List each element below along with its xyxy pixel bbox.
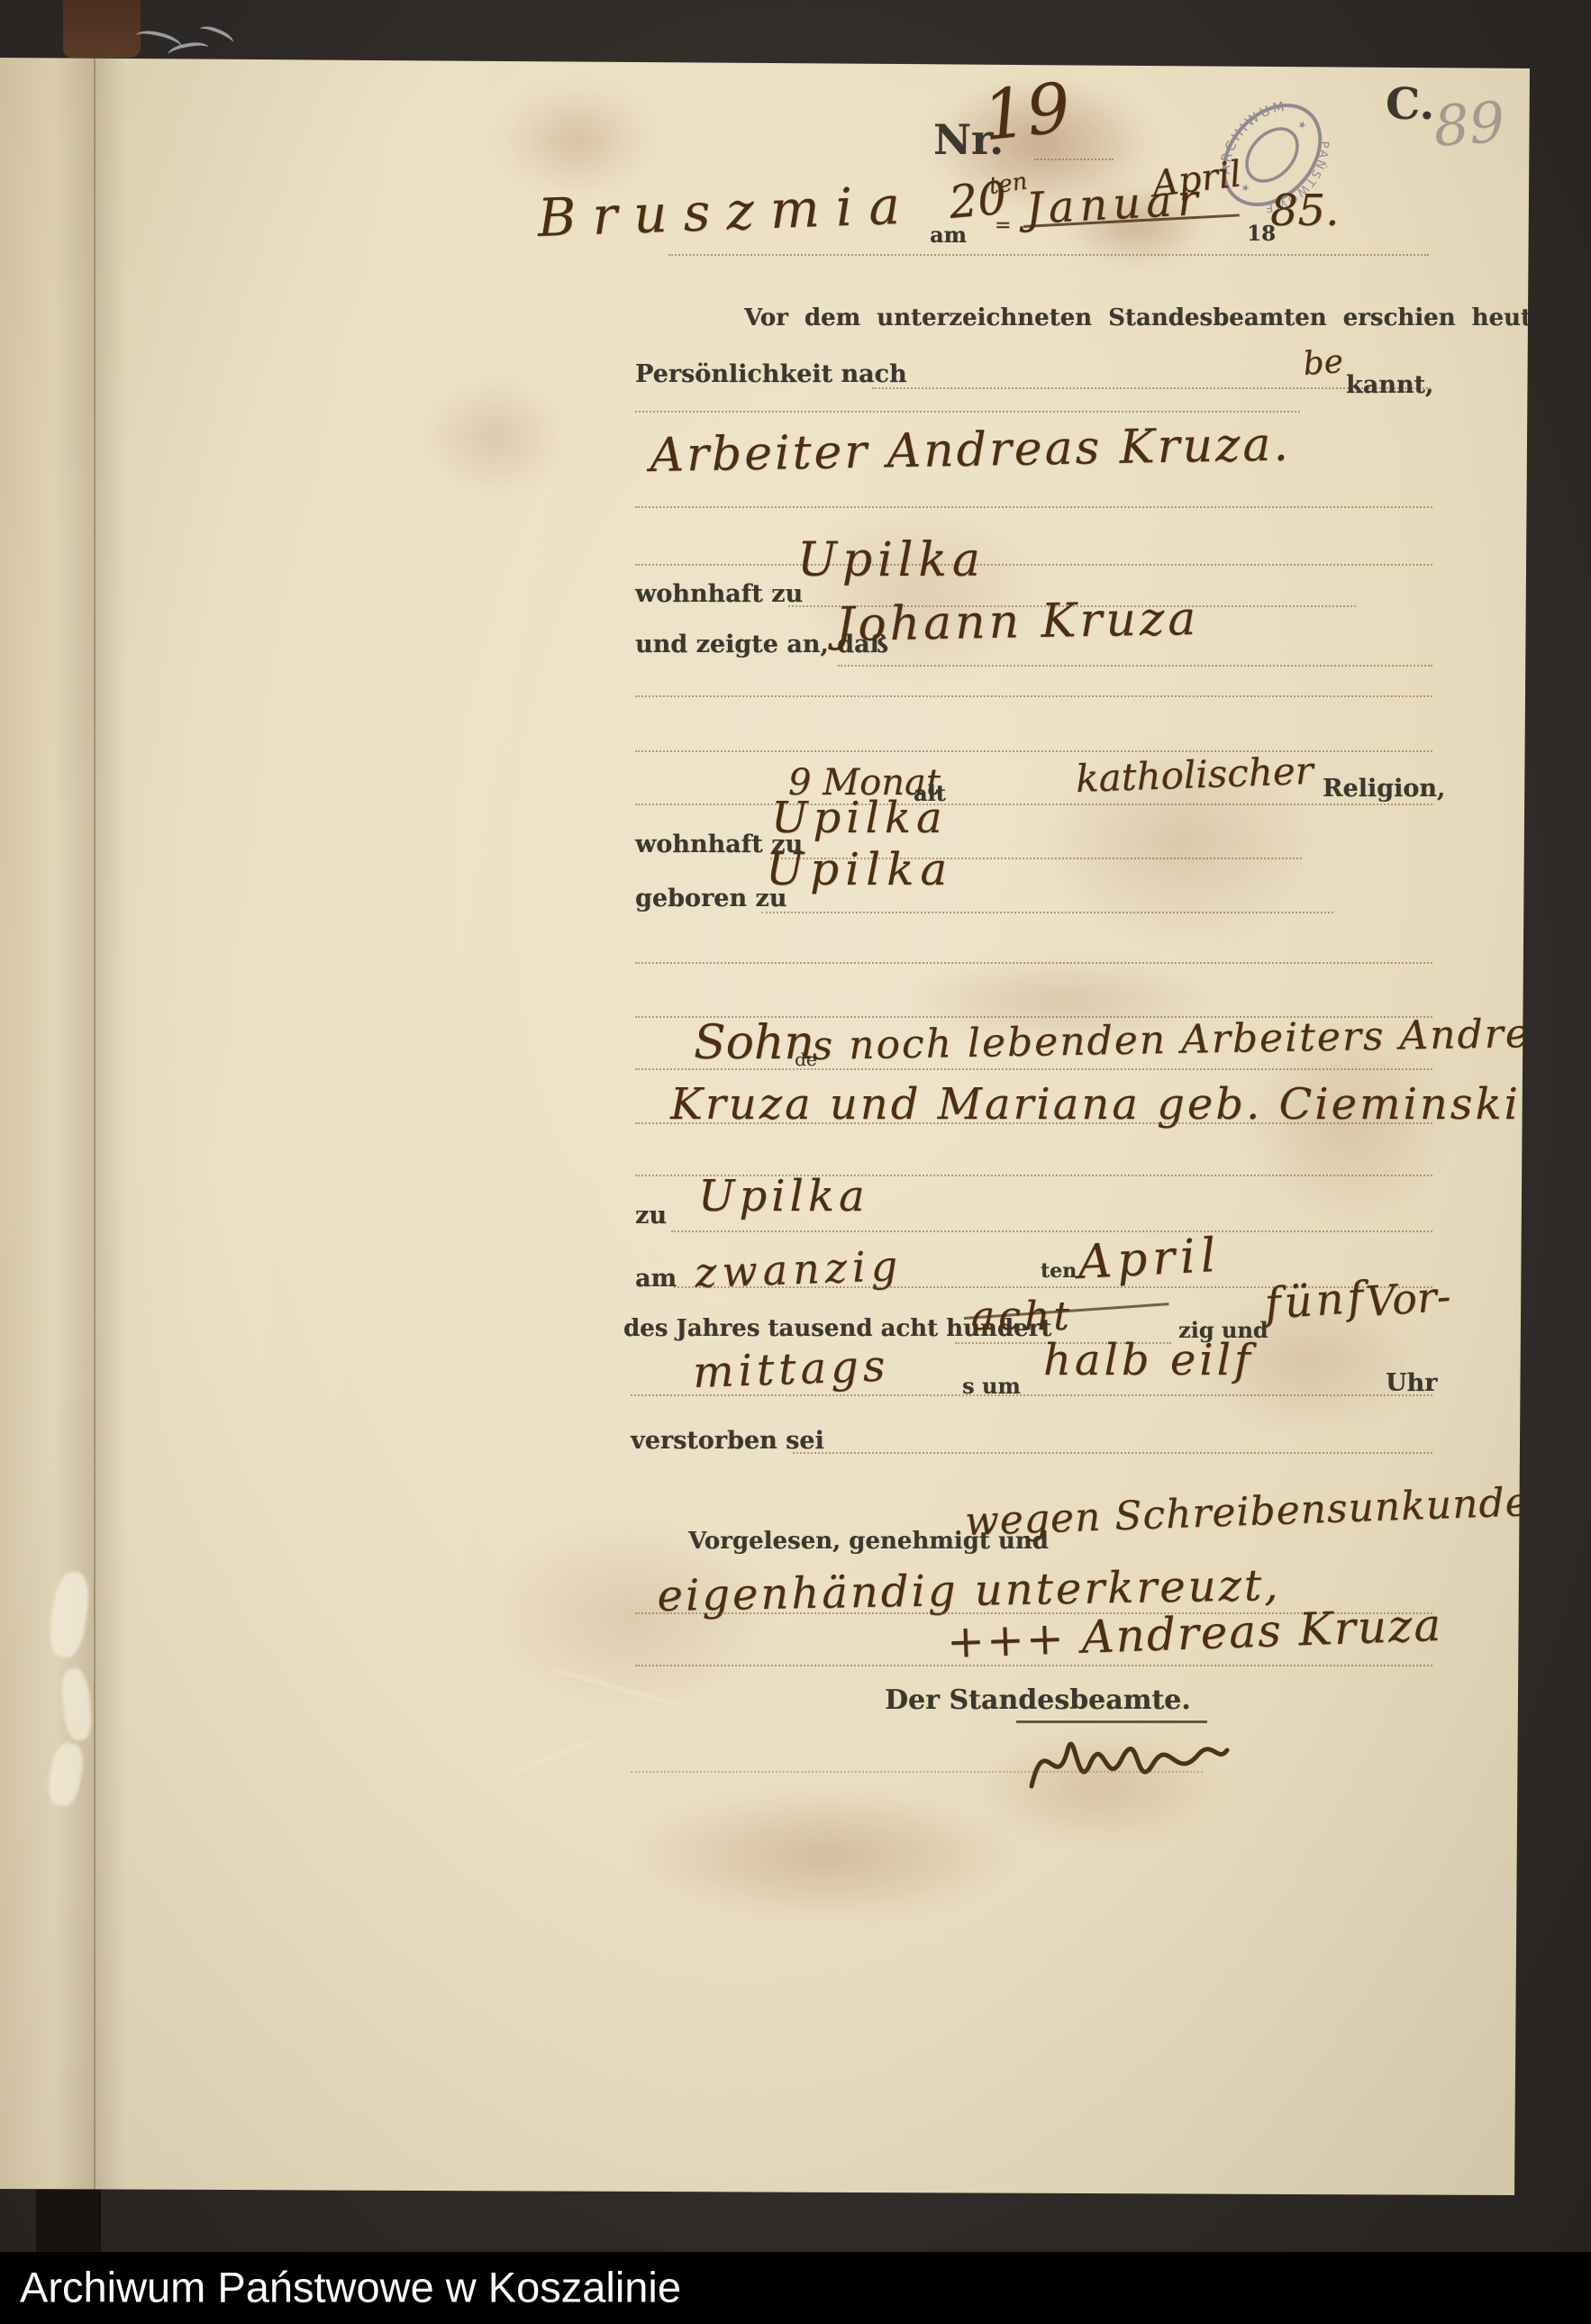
geboren-zu-label: geboren zu — [635, 885, 786, 912]
equals-mark: = — [995, 214, 1011, 237]
dotted-line — [635, 962, 1432, 964]
entry-mittags: mittags — [692, 1340, 890, 1398]
archive-caption-text: Archiwum Państwowe w Koszalinie — [20, 2262, 681, 2311]
dotted-line — [631, 1394, 1432, 1396]
record-number-value: 19 — [979, 67, 1074, 156]
entry-religion: katholischer — [1075, 749, 1314, 801]
stamp-star-icon: ★ — [1295, 118, 1309, 132]
entry-death-day: zwanzig — [694, 1241, 904, 1297]
form-series-letter: C. — [1386, 79, 1434, 130]
entry-declarant-name: Arbeiter Andreas Kruza. — [650, 418, 1291, 483]
dotted-line — [635, 1122, 1432, 1124]
ink-stain — [631, 1788, 1018, 1923]
book-spine-fragment — [63, 0, 141, 58]
facing-page-sliver — [0, 0, 54, 2198]
persoenlichkeit-label: Persönlichkeit nach — [635, 360, 907, 388]
dotted-line — [761, 912, 1333, 913]
dotted-line — [793, 1452, 1432, 1454]
dotted-line — [635, 506, 1432, 508]
registrar-signature — [1018, 1710, 1234, 1809]
dotted-line — [635, 411, 1300, 413]
dotted-line — [668, 254, 1429, 256]
book-spine-bottom — [36, 2187, 101, 2254]
gutter-fold-shadow — [54, 0, 126, 2198]
dotted-line — [635, 564, 1432, 566]
ten-label: ten — [1041, 1259, 1077, 1283]
entry-residence-declarant: Upilka — [797, 533, 986, 587]
wohnhaft-zu-label: wohnhaft zu — [635, 580, 803, 608]
entry-vor: Vor- — [1364, 1272, 1452, 1326]
entry-residence-deceased: Upilka — [771, 793, 948, 843]
entry-day-suffix: ten — [987, 168, 1029, 200]
document-page: Nr. 19 ARCHIWUM PAŃSTWOWE ★ ★ C. 89 — [0, 0, 1532, 2198]
kannt-label: kannt, — [1346, 371, 1433, 399]
dotted-line — [635, 1665, 1432, 1666]
entry-time: halb eilf — [1043, 1335, 1254, 1385]
archival-page-number: 89 — [1432, 89, 1507, 159]
scanned-document-photo: Nr. 19 ARCHIWUM PAŃSTWOWE ★ ★ C. 89 — [0, 0, 1591, 2324]
dotted-line — [635, 695, 1432, 697]
religion-label: Religion, — [1323, 775, 1445, 803]
entry-deceased-name: Johann Kruza — [835, 592, 1200, 652]
dotted-line — [631, 1771, 1203, 1773]
verstorben-label: verstorben sei — [631, 1427, 824, 1455]
dotted-line — [635, 1068, 1432, 1070]
entry-death-place: Upilka — [698, 1171, 869, 1221]
uhr-label: Uhr — [1386, 1369, 1437, 1397]
am-label: am — [635, 1265, 677, 1293]
dotted-line — [635, 803, 1432, 805]
ink-stain — [423, 378, 568, 495]
zu-label: zu — [635, 1202, 667, 1230]
dotted-line — [838, 665, 1432, 667]
entry-be: be — [1302, 343, 1344, 383]
dotted-line — [1034, 159, 1114, 160]
ink-stain — [500, 86, 653, 194]
archive-caption-bar: Archiwum Państwowe w Koszalinie — [0, 2252, 1591, 2324]
entry-death-month: April — [1077, 1229, 1223, 1290]
entry-year-ones: fünf — [1263, 1272, 1368, 1330]
entry-year: 85. — [1270, 186, 1339, 236]
intro-line: Vor dem unterzeichneten Standesbeamten e… — [744, 304, 1591, 331]
gutter-crease — [94, 0, 95, 2198]
dotted-line — [671, 1230, 1432, 1232]
entry-birthplace: Upilka — [766, 843, 953, 895]
